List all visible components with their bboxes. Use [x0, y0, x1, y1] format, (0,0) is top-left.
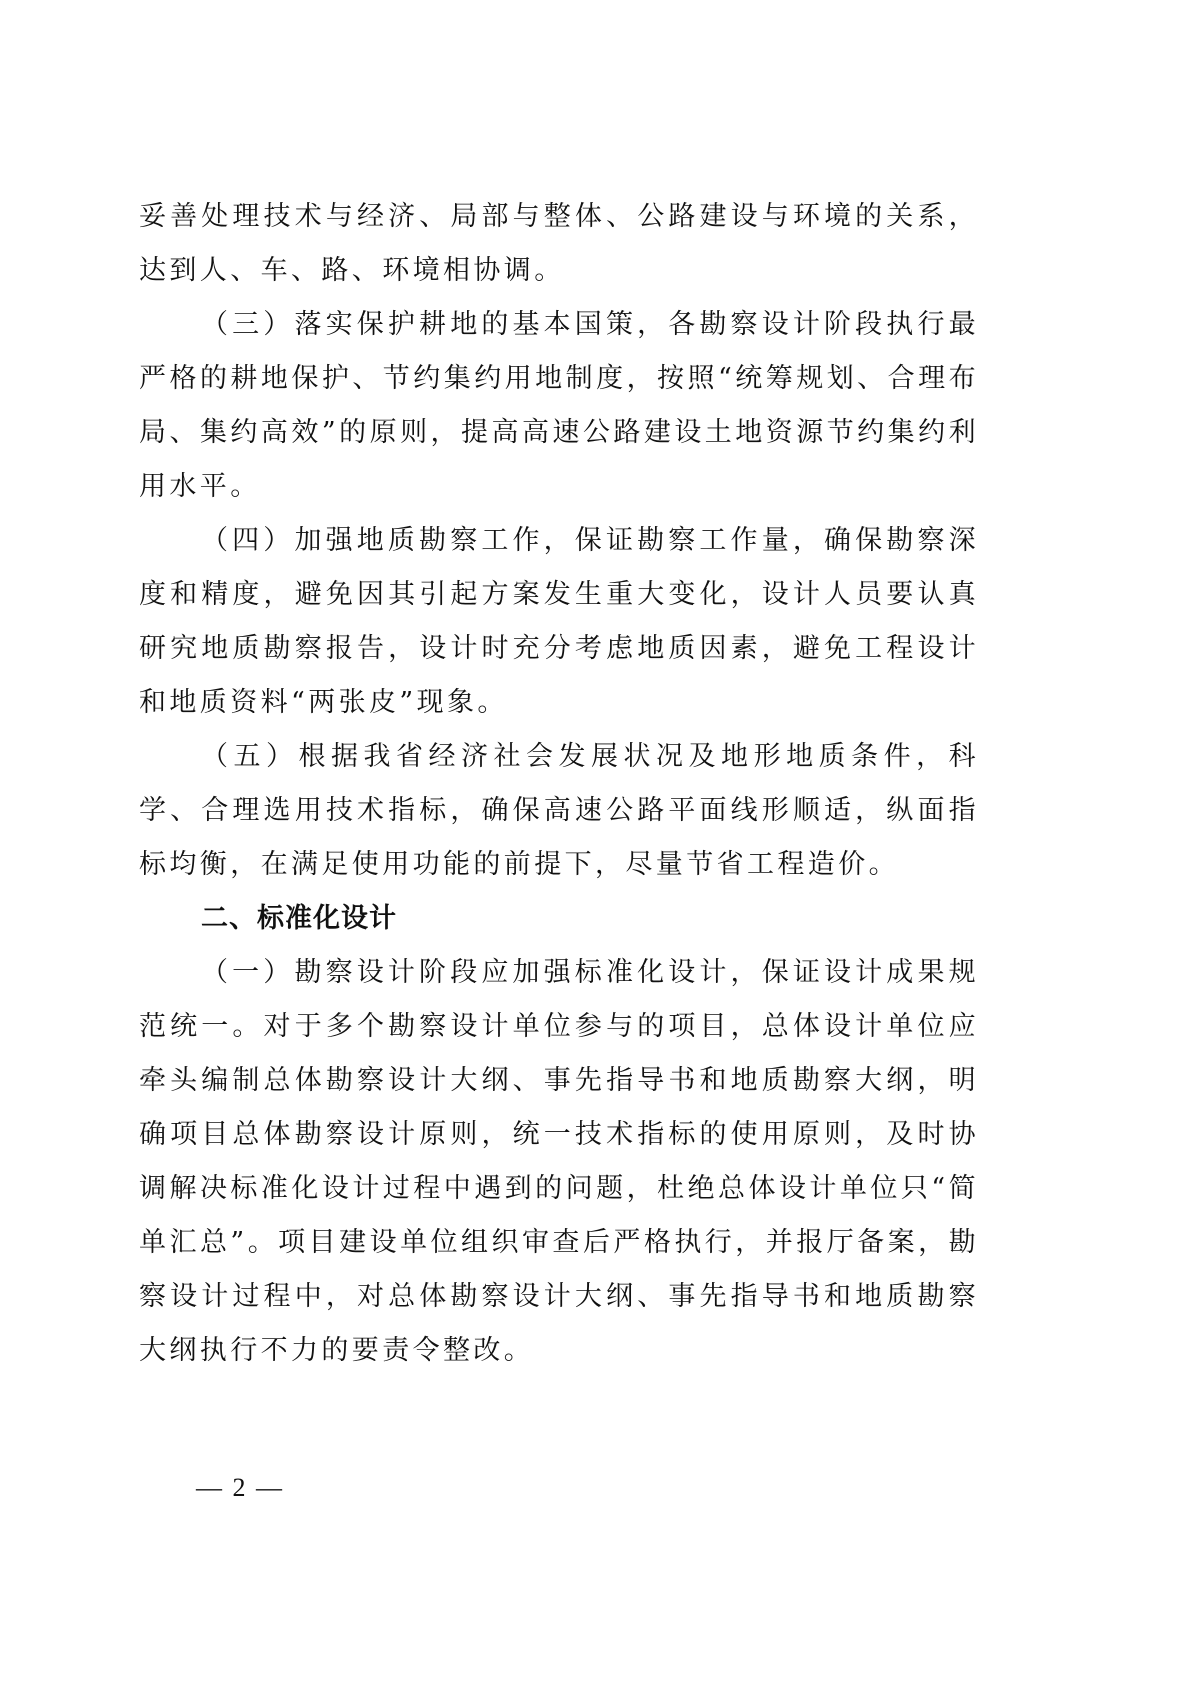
paragraph-item-4-geology: （四）加强地质勘察工作，保证勘察工作量，确保勘察深度和精度，避免因其引起方案发生… [139, 514, 979, 730]
document-body: 妥善处理技术与经济、局部与整体、公路建设与环境的关系，达到人、车、路、环境相协调… [139, 190, 979, 1378]
paragraph-item-3-farmland: （三）落实保护耕地的基本国策，各勘察设计阶段执行最严格的耕地保护、节约集约用地制… [139, 298, 979, 514]
paragraph-continuation: 妥善处理技术与经济、局部与整体、公路建设与环境的关系，达到人、车、路、环境相协调… [139, 190, 979, 298]
page-number: — 2 — [196, 1468, 284, 1508]
paragraph-item-5-technical-indicators: （五）根据我省经济社会发展状况及地形地质条件，科学、合理选用技术指标，确保高速公… [139, 730, 979, 892]
paragraph-item-1-standardization: （一）勘察设计阶段应加强标准化设计，保证设计成果规范统一。对于多个勘察设计单位参… [139, 946, 979, 1378]
section-heading-standardized-design: 二、标准化设计 [139, 892, 979, 946]
